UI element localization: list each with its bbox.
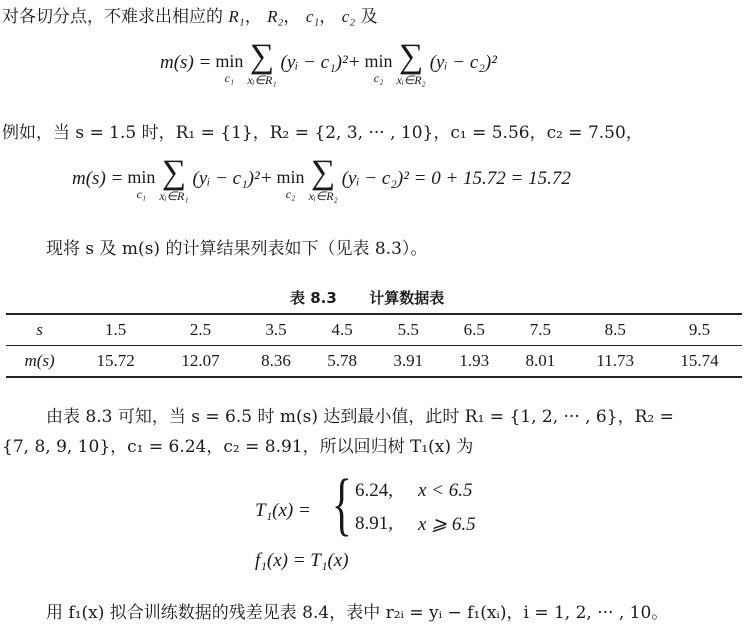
data-table: s 1.5 2.5 3.5 4.5 5.5 6.5 7.5 8.5 9.5 m(… xyxy=(6,313,742,378)
formula1-term1: (yᵢ − c₁)²+ xyxy=(281,42,361,74)
sigma-icon: ∑ xyxy=(250,42,274,72)
table-cell: 12.07 xyxy=(158,346,243,378)
sigma-icon: ∑ xyxy=(162,158,186,188)
table-row-s: s 1.5 2.5 3.5 4.5 5.5 6.5 7.5 8.5 9.5 xyxy=(6,314,742,346)
var-r1: R₁ xyxy=(228,7,244,26)
table-caption: 表 8.3 计算数据表 xyxy=(290,287,444,308)
table-cell: 4.5 xyxy=(309,314,375,346)
table-cell: 6.5 xyxy=(441,314,507,346)
formula2-min1: min c₁ xyxy=(127,158,155,200)
left-brace-icon: { xyxy=(332,470,352,540)
example-paragraph: 例如，当 s = 1.5 时，R₁ = {1}，R₂ = {2, 3, ··· … xyxy=(2,118,643,143)
table-caption-number: 表 8.3 xyxy=(290,289,337,307)
table-cell: 1.5 xyxy=(73,314,158,346)
formula-example: m(s) = min c₁ ∑ xᵢ∈R₁ (yᵢ − c₁)²+ min c₂… xyxy=(72,158,571,202)
table-cell: 5.78 xyxy=(309,346,375,378)
min-sub: c₁ xyxy=(225,72,235,84)
conclusion-line1: 由表 8.3 可知，当 s = 6.5 时 m(s) 达到最小值，此时 R₁ =… xyxy=(46,402,674,427)
min-sub: c₂ xyxy=(374,72,384,84)
case2-value: 8.91, xyxy=(355,513,393,535)
case1-condition: x < 6.5 xyxy=(418,480,473,502)
table-intro-paragraph: 现将 s 及 m(s) 的计算结果列表如下（见表 8.3）。 xyxy=(46,234,427,259)
sum-sub: xᵢ∈R₁ xyxy=(247,74,276,86)
formula1-sum1: ∑ xᵢ∈R₁ xyxy=(247,42,276,86)
formula2-lhs: m(s) = xyxy=(72,158,123,190)
intro-suffix: 及 xyxy=(361,7,378,27)
table-cell: 9.5 xyxy=(657,314,742,346)
formula1-min1: min c₁ xyxy=(215,42,243,84)
min-sub: c₁ xyxy=(137,188,147,200)
intro-text: 对各切分点，不难求出相应的 xyxy=(2,7,223,27)
sigma-icon: ∑ xyxy=(399,42,423,72)
formula1-min2: min c₂ xyxy=(365,42,393,84)
min-op: min xyxy=(365,52,393,70)
sum-sub: xᵢ∈R₂ xyxy=(397,74,426,86)
row-header-s: s xyxy=(6,314,73,346)
var-c1: c₁ xyxy=(306,7,319,26)
sum-sub: xᵢ∈R₂ xyxy=(309,190,338,202)
var-r2: R₂ xyxy=(267,7,283,26)
intro-paragraph: 对各切分点，不难求出相应的 R₁， R₂， c₁， c₂ 及 xyxy=(2,2,378,27)
case2-condition: x ⩾ 6.5 xyxy=(418,513,476,536)
min-sub: c₂ xyxy=(286,188,296,200)
formula2-sum1: ∑ xᵢ∈R₁ xyxy=(159,158,188,202)
table-cell: 8.5 xyxy=(573,314,657,346)
row-header-m: m(s) xyxy=(6,346,73,378)
table-cell: 15.74 xyxy=(657,346,742,378)
table-cell: 11.73 xyxy=(573,346,657,378)
formula1-lhs: m(s) = xyxy=(160,42,211,74)
formula2-sum2: ∑ xᵢ∈R₂ xyxy=(309,158,338,202)
residual-paragraph: 用 f₁(x) 拟合训练数据的残差见表 8.4，表中 r₂ᵢ = yᵢ − f₁… xyxy=(46,598,668,623)
formula1-sum2: ∑ xᵢ∈R₂ xyxy=(397,42,426,86)
min-op: min xyxy=(277,168,305,186)
table-cell: 8.36 xyxy=(243,346,309,378)
formula2-min2: min c₂ xyxy=(277,158,305,200)
min-op: min xyxy=(127,168,155,186)
min-op: min xyxy=(215,52,243,70)
f1-definition: f₁(x) = T₁(x) xyxy=(255,550,349,572)
conclusion-line2: {7, 8, 9, 10}，c₁ = 6.24，c₂ = 8.91，所以回归树 … xyxy=(2,432,473,457)
var-c2: c₂ xyxy=(342,7,355,26)
table-row-m: m(s) 15.72 12.07 8.36 5.78 3.91 1.93 8.0… xyxy=(6,346,742,378)
sigma-icon: ∑ xyxy=(311,158,335,188)
table-cell: 3.91 xyxy=(375,346,441,378)
table-cell: 8.01 xyxy=(507,346,573,378)
table-cell: 2.5 xyxy=(158,314,243,346)
sum-sub: xᵢ∈R₁ xyxy=(159,190,188,202)
table-cell: 1.93 xyxy=(441,346,507,378)
formula-m-of-s: m(s) = min c₁ ∑ xᵢ∈R₁ (yᵢ − c₁)²+ min c₂… xyxy=(160,42,497,86)
table-cell: 15.72 xyxy=(73,346,158,378)
table-cell: 5.5 xyxy=(375,314,441,346)
table-cell: 7.5 xyxy=(507,314,573,346)
formula2-term1: (yᵢ − c₁)²+ xyxy=(193,158,273,190)
t1-lhs: T₁(x) = xyxy=(255,500,311,522)
formula2-term2: (yᵢ − c₂)² = 0 + 15.72 = 15.72 xyxy=(342,158,571,190)
case1-value: 6.24, xyxy=(355,480,393,502)
formula1-term2: (yᵢ − c₂)² xyxy=(430,42,497,74)
table-cell: 3.5 xyxy=(243,314,309,346)
table-caption-title: 计算数据表 xyxy=(369,289,444,307)
